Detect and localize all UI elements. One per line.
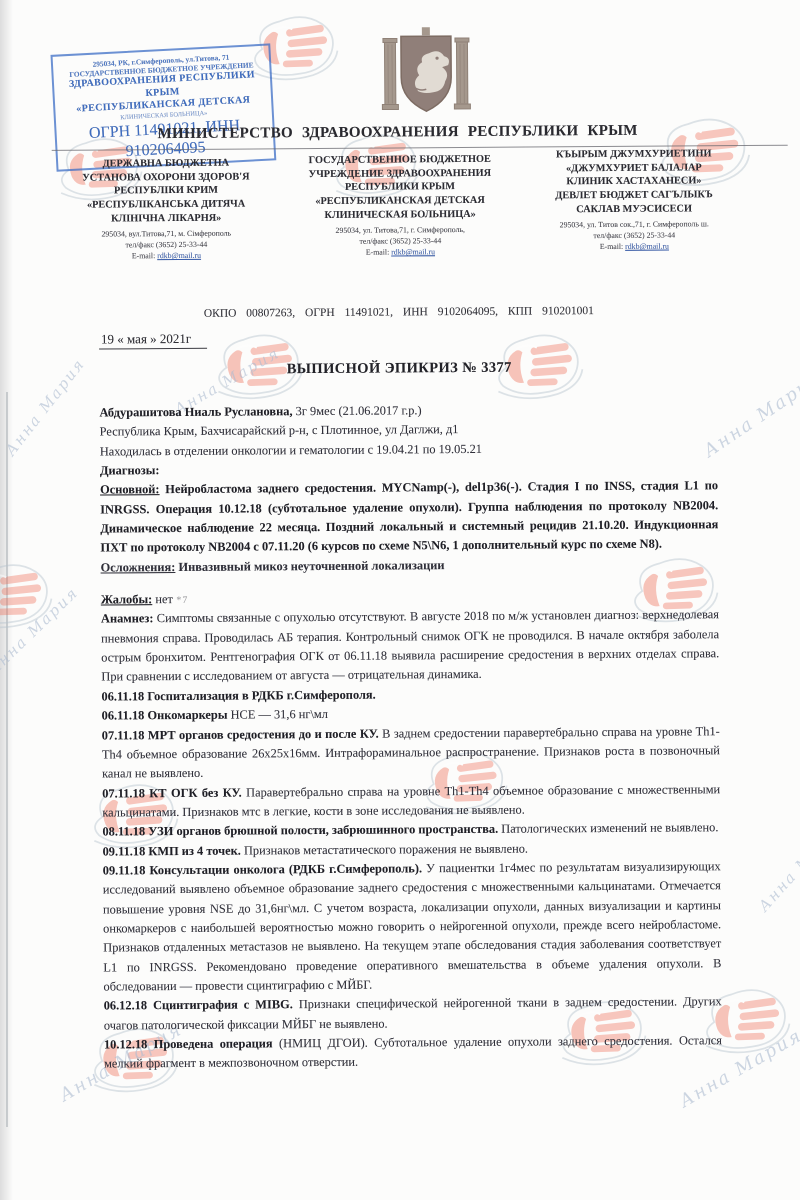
org-name-line: «РЕСПУБЛІКАНСЬКА ДИТЯЧА: [54, 197, 278, 212]
timeline-entry-body: НСЕ — 31,6 нг\мл: [227, 707, 328, 722]
anamnesis-label: Анамнез:: [101, 612, 154, 626]
timeline-entry-body: У пациентки 1г4мес по результатам визуал…: [103, 859, 722, 993]
diagnosis-main-label: Основной:: [100, 482, 160, 496]
org-name-line: ГОСУДАРСТВЕННОЕ БЮДЖЕТНОЕ: [288, 153, 512, 168]
anamnesis-paragraph: Анамнез: Симптомы связанные с опухолью о…: [101, 606, 720, 688]
timeline-entry: 09.11.18 Консультации онколога (РДКБ г.С…: [103, 857, 722, 997]
org-address: 295034, ул. Титов сок.,71, г. Симферопол…: [522, 219, 746, 253]
anamnesis-text: Симптомы связанные с опухолью отсутствую…: [101, 608, 719, 684]
complaints-text: нет: [152, 592, 173, 606]
org-name-line: «РЕСПУБЛИКАНСКАЯ ДЕТСКАЯ: [288, 194, 512, 209]
org-address: 295034, ул. Титова,71, г. Симферополь,те…: [288, 225, 512, 259]
org-address: 295034, вул.Титова,71, м. Сімферопольтел…: [54, 229, 278, 263]
timeline-entry-head: 09.11.18 КМП из 4 точек.: [103, 843, 241, 858]
diagnosis-main: Основной: Нейробластома заднего средосте…: [100, 477, 719, 559]
email-label: E-mail: [366, 248, 387, 257]
scanned-document: 295034, РК, г.Симферополь, ул.Титова, 71…: [0, 0, 800, 1200]
diagnosis-main-text: Нейробластома заднего средостения. MYCNa…: [100, 479, 718, 555]
email-label: E-mail: [600, 242, 621, 251]
timeline-entry: 07.11.18 МРТ органов средостения до и по…: [102, 722, 720, 784]
org-column-crimean-tatar: КЪЫРЫМ ДЖУМХУРИЕТИНИ«ДЖУМХУРИЕТ БАЛАЛАРК…: [522, 147, 747, 254]
org-name-line: КЛИНИЧЕСКАЯ БОЛЬНИЦА»: [288, 207, 512, 222]
timeline-entry-head: 07.11.18 КТ ОГК без КУ.: [102, 785, 242, 800]
patient-name: Абдурашитова Ниаль Руслановна,: [99, 404, 292, 419]
email-link: rdkb@mail.ru: [157, 251, 201, 260]
org-name-line: ДЕВЛЕТ БЮДЖЕТ САГЪЛЫКЪ: [522, 188, 746, 203]
timeline-entry-body: Патологических изменений не выявлено.: [498, 820, 718, 836]
institution-columns: ДЕРЖАВНА БЮДЖЕТНАУСТАНОВА ОХОРОНИ ЗДОРОВ…: [54, 153, 747, 263]
timeline-entry: 10.12.18 Проведена операция (НМИЦ ДГОИ).…: [104, 1031, 722, 1074]
registration-codes-line: ОКПО 00807263, ОГРН 11491021, ИНН 910206…: [0, 304, 799, 322]
timeline-entry-head: 07.11.18 МРТ органов средостения до и по…: [102, 726, 379, 742]
document-date: 19 « мая » 2021г: [99, 331, 207, 350]
timeline-entry-head: 08.11.18 УЗИ органов брюшной полости, за…: [102, 822, 498, 839]
timeline-entry-head: 06.12.18 Сцинтиграфия с MIBG.: [104, 998, 293, 1013]
org-name-line: УСТАНОВА ОХОРОНИ ЗДОРОВ'Я: [54, 170, 278, 185]
timeline-entry: 07.11.18 КТ ОГК без КУ. Паравертебрально…: [102, 780, 720, 823]
document-title: ВЫПИСНОЙ ЭПИКРИЗ № 3377: [0, 358, 799, 381]
timeline-entry-head: 10.12.18 Проведена операция: [104, 1036, 273, 1051]
timeline-entry-head: 09.11.18 Консультации онколога (РДКБ г.С…: [103, 861, 422, 877]
hospital-stamp: 295034, РК, г.Симферополь, ул.Титова, 71…: [50, 43, 276, 171]
email-link: rdkb@mail.ru: [625, 242, 669, 251]
document-body: Абдурашитова Ниаль Руслановна, 3г 9мес (…: [99, 399, 722, 1074]
org-name-line: КЛІНІЧНА ЛІКАРНЯ»: [54, 211, 278, 226]
org-column-russian: ГОСУДАРСТВЕННОЕ БЮДЖЕТНОЕУЧРЕЖДЕНИЕ ЗДРА…: [288, 153, 513, 260]
crimea-coat-of-arms-icon: [380, 25, 473, 126]
patient-age: 3г 9мес (21.06.2017 г.р.): [292, 403, 421, 418]
timeline: 06.11.18 Госпитализация в РДКБ г.Симферо…: [101, 683, 722, 1074]
timeline-entry-head: 06.11.18 Онкомаркеры: [102, 708, 228, 723]
email-label: E-mail: [132, 251, 153, 260]
complications-text: Инвазивный микоз неуточненной локализаци…: [175, 558, 444, 574]
handwritten-mark: *7: [173, 595, 189, 606]
complaints-label: Жалобы:: [101, 592, 152, 606]
org-column-ukrainian: ДЕРЖАВНА БЮДЖЕТНАУСТАНОВА ОХОРОНИ ЗДОРОВ…: [54, 156, 279, 263]
timeline-entry: 06.12.18 Сцинтиграфия с MIBG. Признаки с…: [104, 993, 722, 1036]
timeline-entry-head: 06.11.18 Госпитализация в РДКБ г.Симферо…: [101, 687, 375, 703]
email-link: rdkb@mail.ru: [391, 247, 435, 256]
complications-label: Осложнения:: [101, 560, 176, 575]
org-name-line: УЧРЕЖДЕНИЕ ЗДРАВООХРАНЕНИЯ: [288, 166, 512, 181]
org-name-line: САКЛАВ МУЭСИСЕСИ: [522, 202, 746, 217]
timeline-entry-body: Признаков метастатического поражения не …: [241, 841, 528, 857]
